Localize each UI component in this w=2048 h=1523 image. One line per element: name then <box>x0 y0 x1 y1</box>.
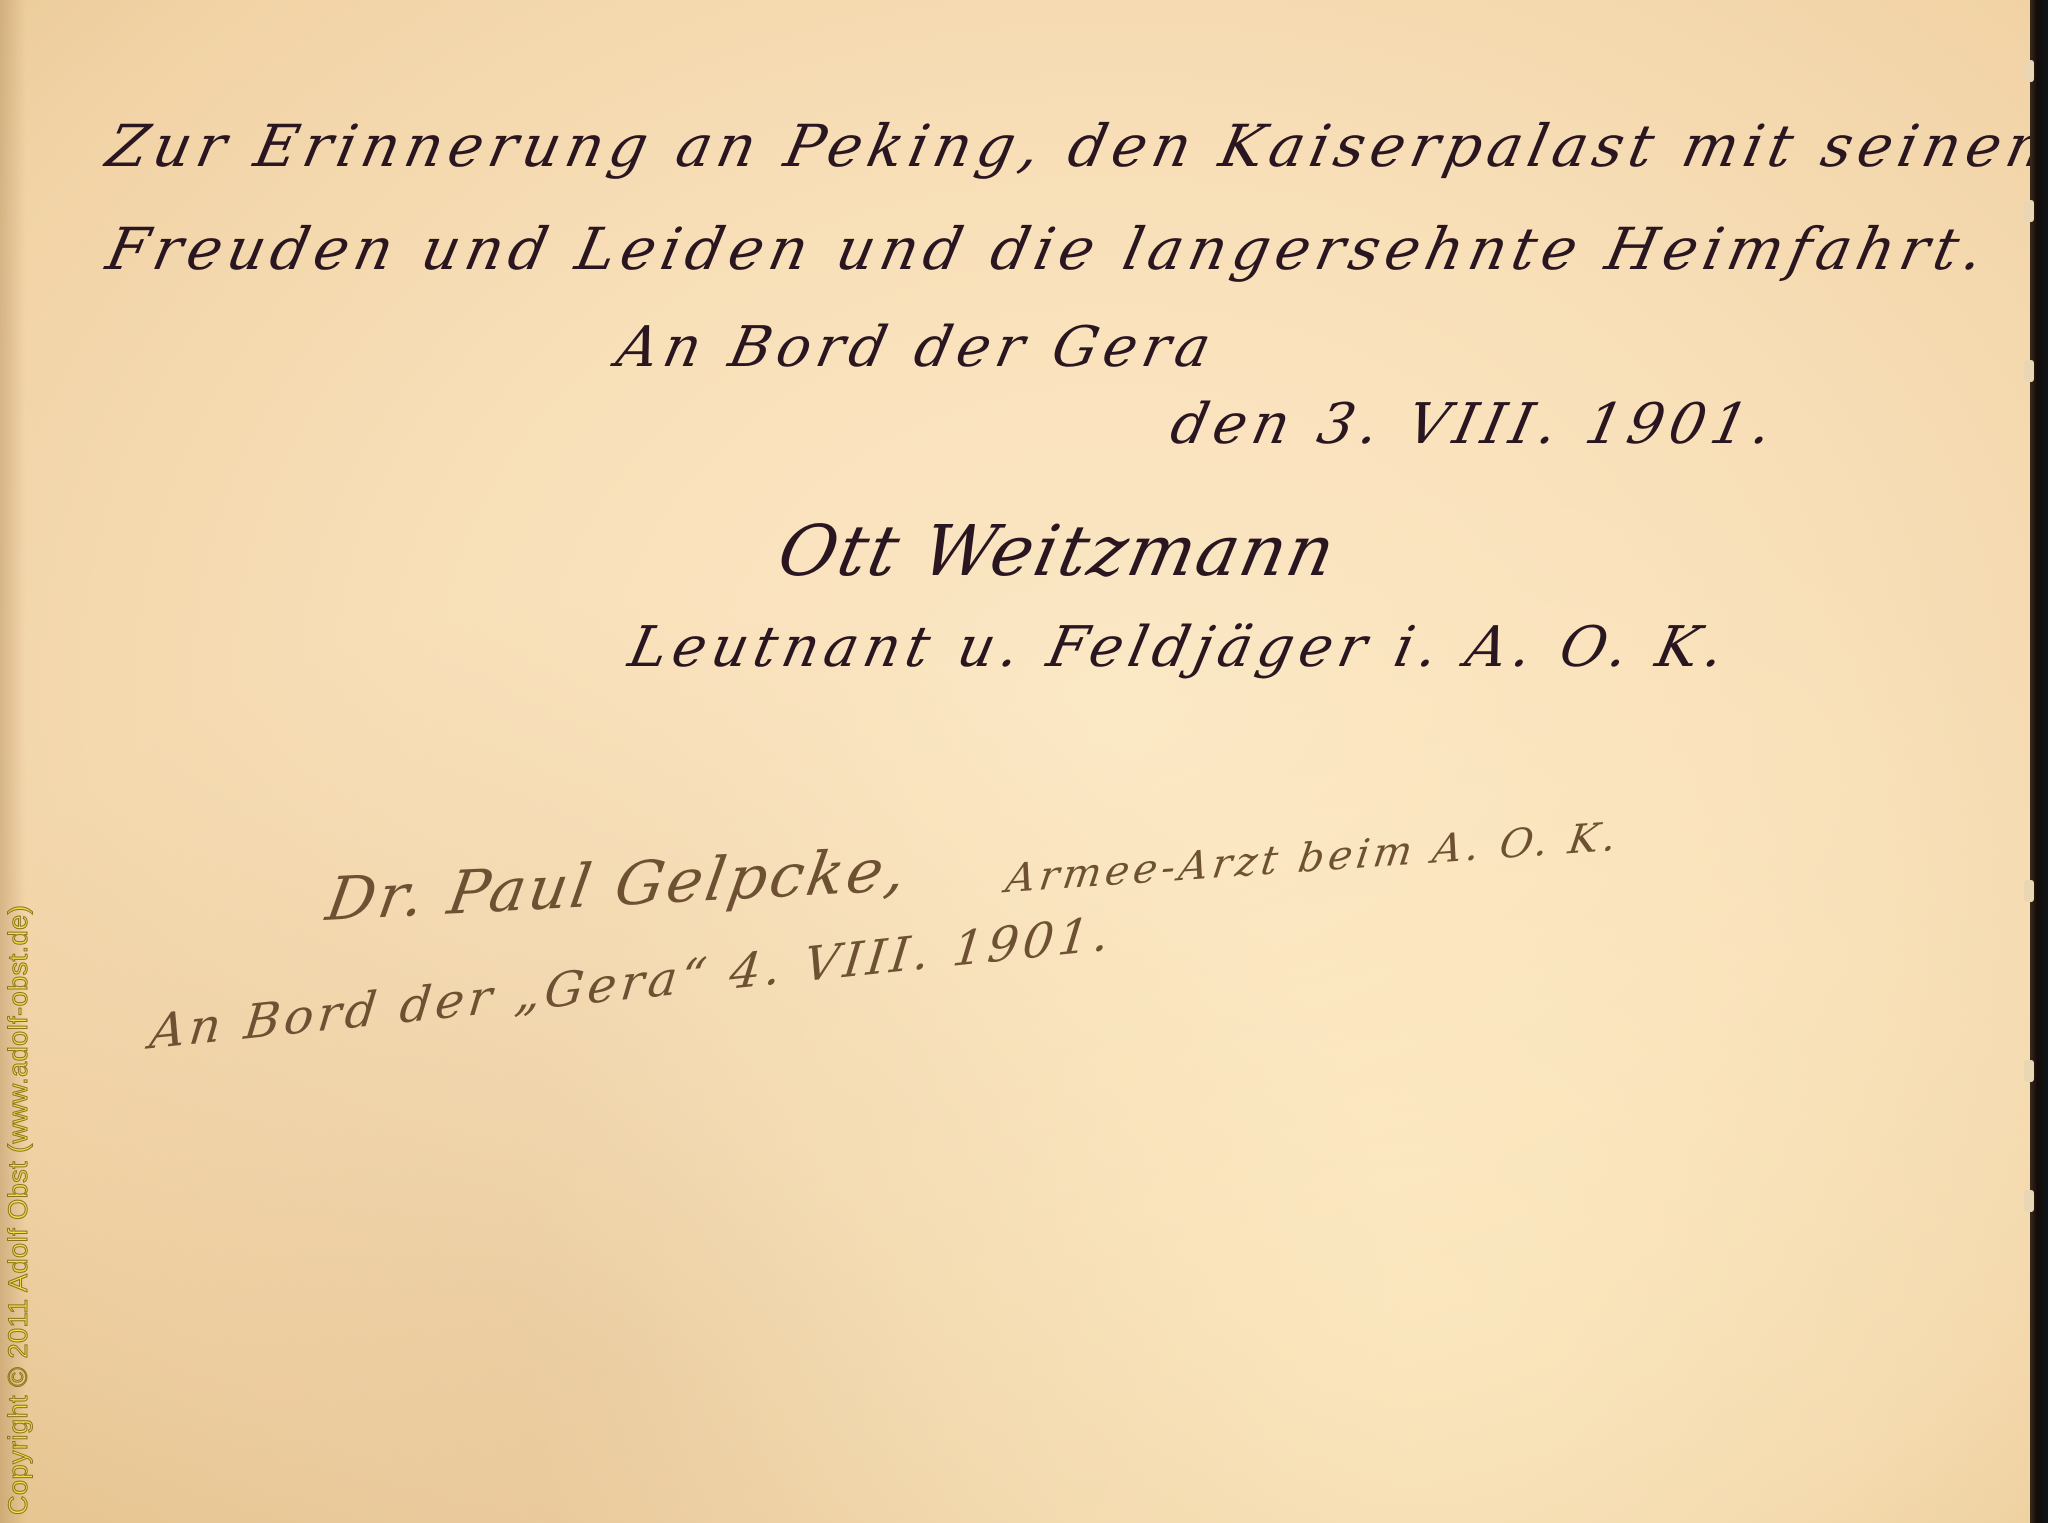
entry-1-signature: Ott Weitzmann <box>771 510 1344 592</box>
spine-tear <box>2024 60 2034 82</box>
spine-tear <box>2024 880 2034 902</box>
spine-tear <box>2024 200 2034 222</box>
entry-2-title: Armee-Arzt beim A. O. K. <box>1003 814 1623 902</box>
entry-1-date: den 3. VIII. 1901. <box>1165 392 1784 457</box>
entry-2-place-date: An Bord der „Gera“ 4. VIII. 1901. <box>147 906 1116 1061</box>
spine-tear <box>2024 1060 2034 1082</box>
spine-tear <box>2024 1190 2034 1212</box>
entry-1-rank: Leutnant u. Feldjäger i. A. O. K. <box>623 615 1736 680</box>
entry-1-line-2: Freuden und Leiden und die langersehnte … <box>101 215 1996 283</box>
spine-tear <box>2024 360 2034 382</box>
album-page: Zur Erinnerung an Peking, den Kaiserpala… <box>0 0 2030 1523</box>
entry-2-signature: Dr. Paul Gelpcke, <box>322 835 914 935</box>
entry-1-line-1: Zur Erinnerung an Peking, den Kaiserpala… <box>101 112 2048 180</box>
copyright-watermark: Copyright © 2011 Adolf Obst (www.adolf-o… <box>3 905 34 1515</box>
entry-1-place: An Bord der Gera <box>611 315 1222 380</box>
book-spine <box>2030 0 2048 1523</box>
